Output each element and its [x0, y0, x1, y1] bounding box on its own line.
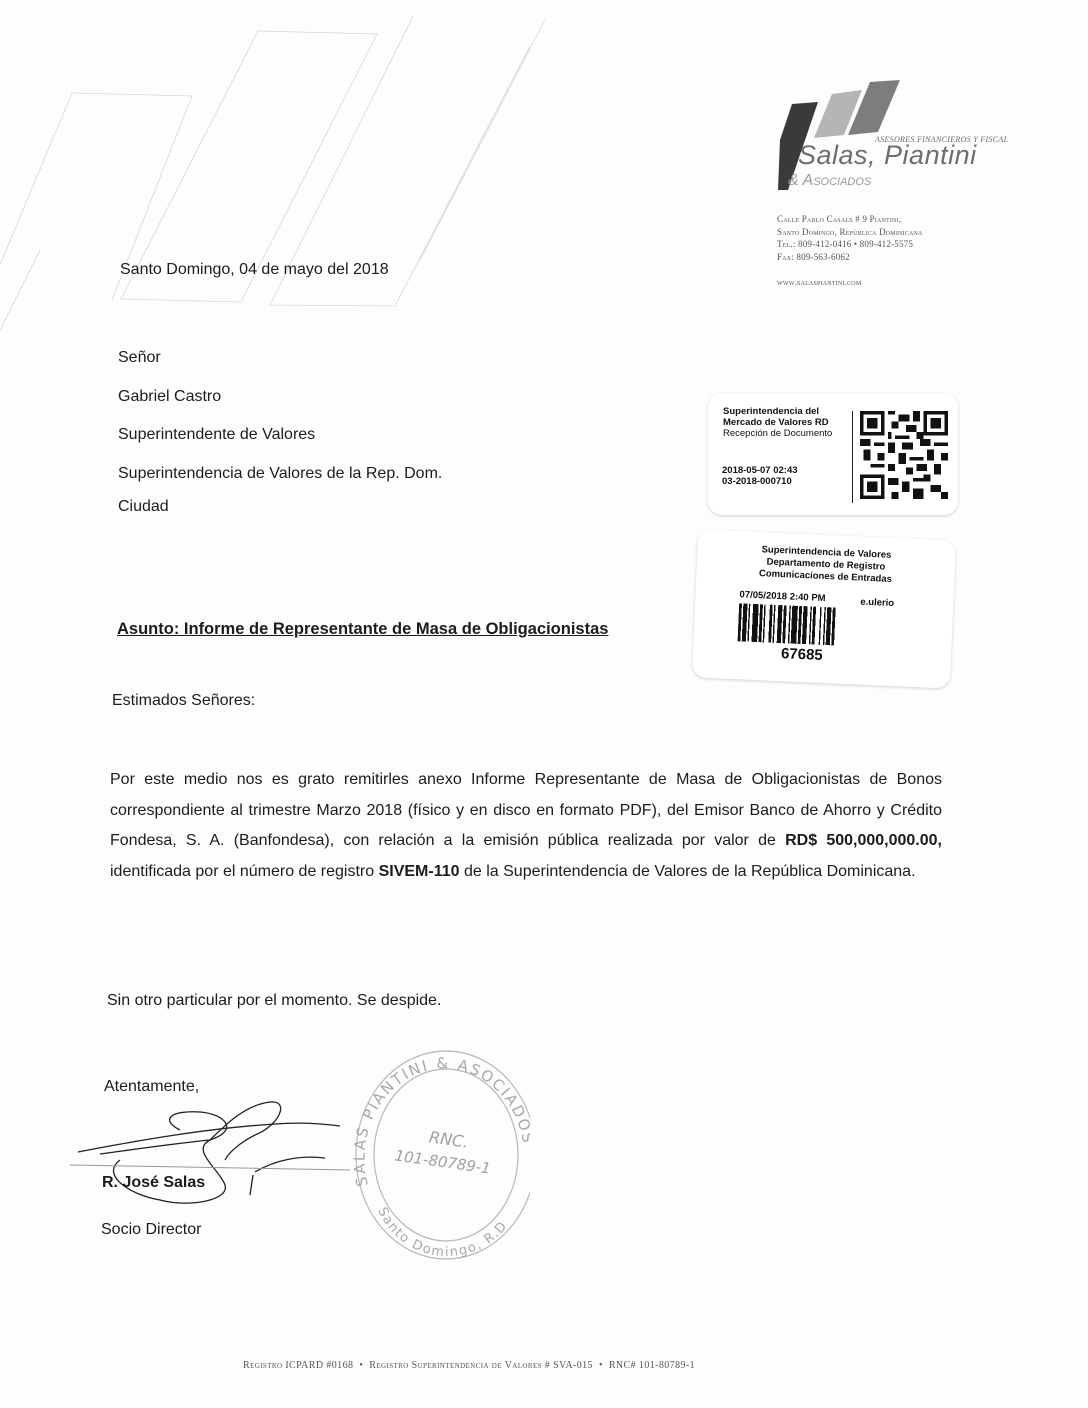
body-text: identificada por el número de registro — [110, 863, 379, 880]
company-seal-stamp: SALAS PIANTINI & ASOCIADOS Santo Domingo… — [338, 1035, 530, 1265]
registry-sticker: Superintendencia de Valores Departamento… — [692, 529, 956, 688]
sticker-divider — [852, 411, 853, 503]
letter-closing: Sin otro particular por el momento. Se d… — [107, 992, 441, 1010]
letter-body-paragraph: Por este medio nos es grato remitirles a… — [110, 765, 942, 887]
emission-amount: RD$ 500,000,000.00, — [785, 832, 942, 849]
recipient-name: Gabriel Castro — [118, 388, 221, 406]
reception-sticker-info: 2018-05-07 02:43 03-2018-000710 — [722, 465, 798, 487]
reception-line3: Recepción de Documento — [723, 428, 832, 439]
letterhead-footer: Registro ICPARD #0168•Registro Superinte… — [243, 1360, 695, 1371]
letter-subject: Asunto: Informe de Representante de Masa… — [117, 620, 608, 639]
registry-number: 67685 — [781, 645, 823, 664]
logo-company-name: Salas, Piantini — [798, 140, 977, 171]
handwritten-signature — [60, 1100, 360, 1220]
recipient-organization: Superintendencia de Valores de la Rep. D… — [118, 465, 442, 483]
signer-name: R. José Salas — [102, 1174, 205, 1192]
seal-rnc-label: RNC. — [428, 1127, 470, 1151]
letter-date: Santo Domingo, 04 de mayo del 2018 — [120, 261, 389, 279]
reception-sticker-header: Superintendencia del Mercado de Valores … — [723, 406, 832, 439]
footer-icpard: Registro ICPARD #0168 — [243, 1360, 353, 1371]
footer-separator: • — [353, 1360, 369, 1371]
company-logo: Asesores Financieros y Fiscal Salas, Pia… — [770, 80, 1030, 200]
footer-sv-registry: Registro Superintendencia de Valores # S… — [369, 1360, 593, 1371]
letter-regards: Atentamente, — [104, 1078, 199, 1096]
address-line: Santo Domingo, República Dominicana — [777, 226, 923, 239]
registry-datetime: 07/05/2018 2:40 PM — [739, 589, 825, 604]
registry-sticker-header: Superintendencia de Valores Departamento… — [696, 541, 955, 588]
signer-title: Socio Director — [101, 1221, 201, 1239]
address-line: Calle Pablo Casals # 9 Piantini, — [777, 213, 923, 226]
address-line: Tel.: 809-412-0416 • 809-412-5575 — [777, 238, 923, 251]
recipient-title: Superintendente de Valores — [118, 426, 315, 444]
reception-datetime: 2018-05-07 02:43 — [722, 465, 798, 476]
reception-line1: Superintendencia del — [723, 406, 832, 417]
recipient-salutation: Señor — [118, 349, 161, 367]
seal-rnc-number: 101-80789-1 — [394, 1146, 492, 1177]
qr-code-icon — [860, 411, 948, 499]
registry-user: e.ulerio — [860, 597, 894, 609]
company-website[interactable]: www.salaspiantini.com — [777, 276, 923, 289]
barcode-icon — [738, 603, 900, 648]
footer-rnc: RNC# 101-80789-1 — [609, 1360, 695, 1371]
letter-greeting: Estimados Señores: — [112, 692, 255, 710]
footer-separator: • — [593, 1360, 609, 1371]
registry-number: SIVEM-110 — [379, 863, 460, 880]
reception-reference: 03-2018-000710 — [722, 476, 798, 487]
reception-line2: Mercado de Valores RD — [723, 417, 832, 428]
recipient-city: Ciudad — [118, 498, 169, 516]
body-text: de la Superintendencia de Valores de la … — [460, 863, 916, 880]
reception-sticker: Superintendencia del Mercado de Valores … — [708, 393, 958, 515]
company-address: Calle Pablo Casals # 9 Piantini, Santo D… — [777, 213, 923, 289]
logo-company-sub: & Asociados — [788, 172, 871, 190]
address-line: Fax: 809-563-6062 — [777, 251, 923, 264]
